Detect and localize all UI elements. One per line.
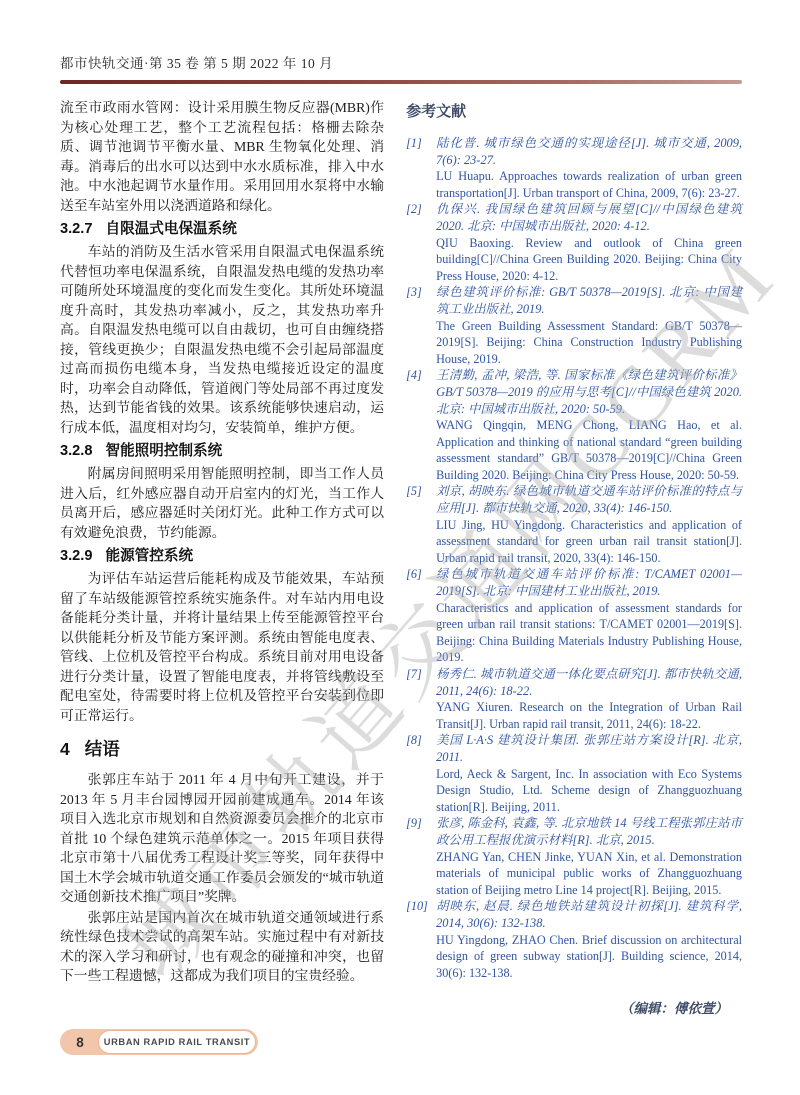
reference-chinese: 陆化普. 城市绿色交通的实现途径[J]. 城市交通, 2009, 7(6): 2… — [436, 135, 742, 168]
reference-english: The Green Building Assessment Standard: … — [436, 318, 742, 368]
reference-english: YANG Xiuren. Research on the Integration… — [436, 699, 742, 732]
reference-item: [5] 刘京, 胡映东. 绿色城市轨道交通车站评价标准的特点与应用[J]. 都市… — [406, 483, 742, 566]
reference-number: [9] — [406, 815, 436, 832]
body-paragraph: 附属房间照明采用智能照明控制，即当工作人员进入后，红外感应器自动开启室内的灯光，… — [60, 464, 384, 542]
section-number: 3.2.9 — [60, 548, 92, 564]
footer-page-badge: 8 URBAN RAPID RAIL TRANSIT — [60, 1029, 258, 1055]
body-paragraph: 张郭庄站是国内首次在城市轨道交通领域进行系统性绿色技术尝试的高架车站。实施过程中… — [60, 908, 384, 986]
reference-item: [1] 陆化普. 城市绿色交通的实现途径[J]. 城市交通, 2009, 7(6… — [406, 135, 742, 201]
reference-english: Lord, Aeck & Sargent, Inc. In associatio… — [436, 766, 742, 816]
reference-item: [8] 美国 L·A·S 建筑设计集团. 张郭庄站方案设计[R]. 北京, 20… — [406, 732, 742, 815]
reference-number: [6] — [406, 566, 436, 583]
reference-english: LU Huapu. Approaches towards realization… — [436, 168, 742, 201]
journal-page: 都市快轨交通·第 35 卷 第 5 期 2022 年 10 月 城市轨道交通网C… — [0, 0, 800, 1095]
reference-english: QIU Baoxing. Review and outlook of China… — [436, 235, 742, 285]
reference-number: [3] — [406, 284, 436, 301]
references-column: 参考文献 [1] 陆化普. 城市绿色交通的实现途径[J]. 城市交通, 2009… — [406, 98, 742, 1017]
reference-chinese: 胡映东, 赵晨. 绿色地铁站建筑设计初探[J]. 建筑科学, 2014, 30(… — [436, 898, 742, 931]
page-header: 都市快轨交通·第 35 卷 第 5 期 2022 年 10 月 — [60, 52, 742, 84]
reference-body: 美国 L·A·S 建筑设计集团. 张郭庄站方案设计[R]. 北京, 2011. … — [436, 732, 742, 815]
body-paragraph: 为评估车站运营后能耗构成及节能效果，车站预留了车站级能源管控系统实施条件。对车站… — [60, 569, 384, 725]
reference-chinese: 绿色建筑评价标准: GB/T 50378—2019[S]. 北京: 中国建筑工业… — [436, 284, 742, 317]
reference-number: [7] — [406, 666, 436, 683]
reference-list: [1] 陆化普. 城市绿色交通的实现途径[J]. 城市交通, 2009, 7(6… — [406, 135, 742, 981]
reference-body: 王清勤, 孟冲, 梁浩, 等. 国家标准《绿色建筑评价标准》GB/T 50378… — [436, 367, 742, 483]
reference-chinese: 绿色城市轨道交通车站评价标准: T/CAMET 02001—2019[S]. 北… — [436, 566, 742, 599]
reference-chinese: 仇保兴. 我国绿色建筑回顾与展望[C]//中国绿色建筑 2020. 北京: 中国… — [436, 201, 742, 234]
reference-body: 陆化普. 城市绿色交通的实现途径[J]. 城市交通, 2009, 7(6): 2… — [436, 135, 742, 201]
reference-number: [10] — [406, 898, 436, 915]
body-paragraph: 流至市政雨水管网：设计采用膜生物反应器(MBR)作为核心处理工艺，整个工艺流程包… — [60, 98, 384, 215]
reference-body: 杨秀仁. 城市轨道交通一体化要点研究[J]. 都市快轨交通, 2011, 24(… — [436, 666, 742, 732]
conclusion-heading: 4结语 — [60, 737, 384, 761]
reference-english: ZHANG Yan, CHEN Jinke, YUAN Xin, et al. … — [436, 849, 742, 899]
reference-body: 刘京, 胡映东. 绿色城市轨道交通车站评价标准的特点与应用[J]. 都市快轨交通… — [436, 483, 742, 566]
reference-chinese: 刘京, 胡映东. 绿色城市轨道交通车站评价标准的特点与应用[J]. 都市快轨交通… — [436, 483, 742, 516]
reference-item: [2] 仇保兴. 我国绿色建筑回顾与展望[C]//中国绿色建筑 2020. 北京… — [406, 201, 742, 284]
reference-item: [3] 绿色建筑评价标准: GB/T 50378—2019[S]. 北京: 中国… — [406, 284, 742, 367]
two-column-body: 流至市政雨水管网：设计采用膜生物反应器(MBR)作为核心处理工艺，整个工艺流程包… — [60, 98, 742, 1017]
reference-number: [8] — [406, 732, 436, 749]
reference-english: Characteristics and application of asses… — [436, 600, 742, 666]
reference-chinese: 王清勤, 孟冲, 梁浩, 等. 国家标准《绿色建筑评价标准》GB/T 50378… — [436, 367, 742, 417]
left-column: 流至市政雨水管网：设计采用膜生物反应器(MBR)作为核心处理工艺，整个工艺流程包… — [60, 98, 384, 1017]
reference-number: [2] — [406, 201, 436, 218]
section-heading-328: 3.2.8智能照明控制系统 — [60, 441, 384, 461]
editor-note: （编辑：傅依萱） — [406, 997, 742, 1017]
reference-number: [1] — [406, 135, 436, 152]
reference-item: [6] 绿色城市轨道交通车站评价标准: T/CAMET 02001—2019[S… — [406, 566, 742, 666]
header-divider — [60, 80, 742, 84]
reference-chinese: 张彦, 陈金科, 袁鑫, 等. 北京地铁 14 号线工程张郭庄站市政公用工程报优… — [436, 815, 742, 848]
reference-body: 绿色城市轨道交通车站评价标准: T/CAMET 02001—2019[S]. 北… — [436, 566, 742, 666]
reference-english: LIU Jing, HU Yingdong. Characteristics a… — [436, 517, 742, 567]
reference-body: 胡映东, 赵晨. 绿色地铁站建筑设计初探[J]. 建筑科学, 2014, 30(… — [436, 898, 742, 981]
reference-body: 仇保兴. 我国绿色建筑回顾与展望[C]//中国绿色建筑 2020. 北京: 中国… — [436, 201, 742, 284]
reference-item: [9] 张彦, 陈金科, 袁鑫, 等. 北京地铁 14 号线工程张郭庄站市政公用… — [406, 815, 742, 898]
section-number: 3.2.7 — [60, 221, 92, 237]
section-title: 能源管控系统 — [105, 548, 193, 564]
reference-number: [5] — [406, 483, 436, 500]
section-heading-329: 3.2.9能源管控系统 — [60, 546, 384, 566]
reference-english: WANG Qingqin, MENG Chong, LIANG Hao, et … — [436, 417, 742, 483]
section-number: 4 — [60, 739, 70, 759]
page-number: 8 — [60, 1029, 100, 1055]
reference-english: HU Yingdong, ZHAO Chen. Brief discussion… — [436, 932, 742, 982]
journal-english-title: URBAN RAPID RAIL TRANSIT — [98, 1030, 256, 1054]
reference-chinese: 美国 L·A·S 建筑设计集团. 张郭庄站方案设计[R]. 北京, 2011. — [436, 732, 742, 765]
references-heading: 参考文献 — [406, 100, 742, 121]
section-number: 3.2.8 — [60, 443, 92, 459]
body-paragraph: 张郭庄车站于 2011 年 4 月中旬开工建设，并于 2013 年 5 月丰台园… — [60, 770, 384, 907]
section-title: 自限温式电保温系统 — [105, 221, 236, 237]
reference-item: [7] 杨秀仁. 城市轨道交通一体化要点研究[J]. 都市快轨交通, 2011,… — [406, 666, 742, 732]
reference-item: [10] 胡映东, 赵晨. 绿色地铁站建筑设计初探[J]. 建筑科学, 2014… — [406, 898, 742, 981]
reference-body: 绿色建筑评价标准: GB/T 50378—2019[S]. 北京: 中国建筑工业… — [436, 284, 742, 367]
reference-item: [4] 王清勤, 孟冲, 梁浩, 等. 国家标准《绿色建筑评价标准》GB/T 5… — [406, 367, 742, 483]
body-paragraph: 车站的消防及生活水管采用自限温式电保温系统代替恒功率电保温系统，自限温发热电缆的… — [60, 242, 384, 437]
section-heading-327: 3.2.7自限温式电保温系统 — [60, 219, 384, 239]
journal-issue-line: 都市快轨交通·第 35 卷 第 5 期 2022 年 10 月 — [60, 52, 742, 72]
reference-number: [4] — [406, 367, 436, 384]
reference-body: 张彦, 陈金科, 袁鑫, 等. 北京地铁 14 号线工程张郭庄站市政公用工程报优… — [436, 815, 742, 898]
section-title: 结语 — [85, 739, 120, 759]
reference-chinese: 杨秀仁. 城市轨道交通一体化要点研究[J]. 都市快轨交通, 2011, 24(… — [436, 666, 742, 699]
section-title: 智能照明控制系统 — [105, 443, 222, 459]
